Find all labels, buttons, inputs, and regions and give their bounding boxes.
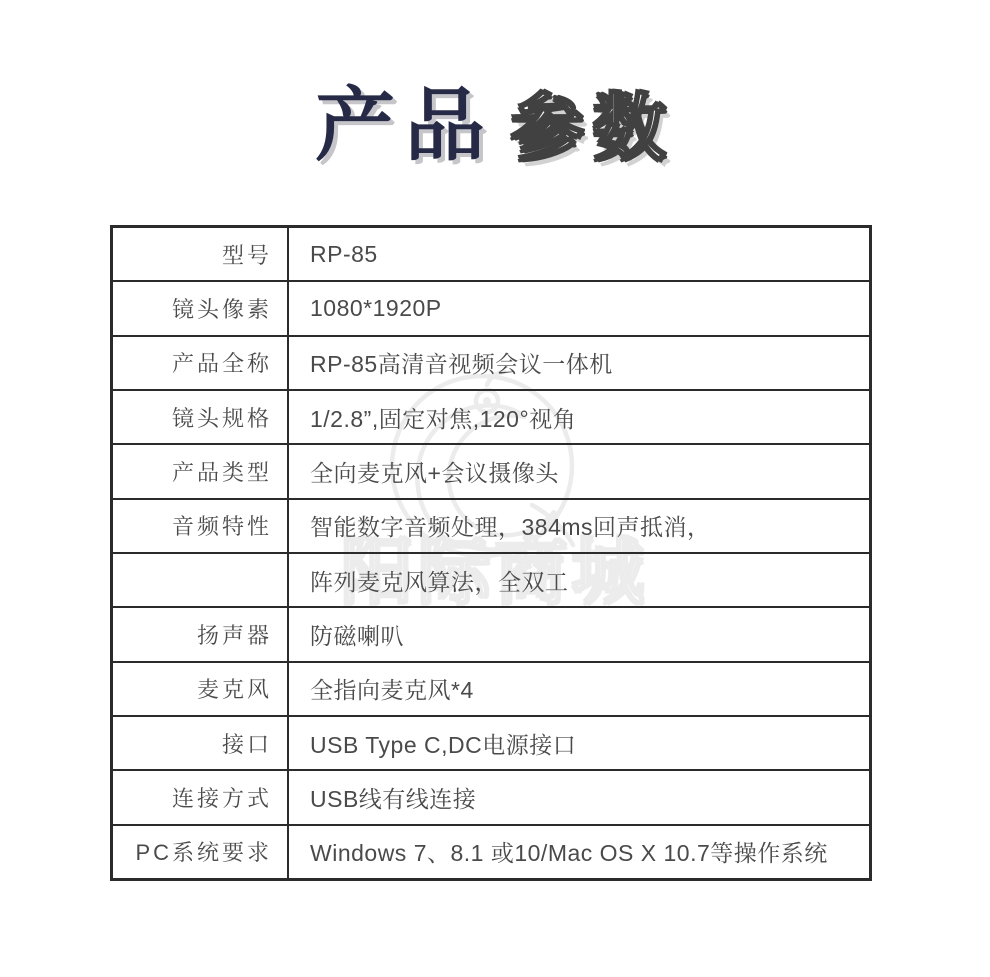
- table-row: 型号RP-85: [113, 228, 869, 280]
- spec-value: 全向麦克风+会议摄像头: [289, 445, 869, 497]
- table-row: 产品全称RP-85高清音视频会议一体机: [113, 335, 869, 389]
- spec-label: PC系统要求: [113, 826, 289, 878]
- spec-value: 1/2.8”,固定对焦,120°视角: [289, 391, 869, 443]
- spec-value: USB线有线连接: [289, 771, 869, 823]
- spec-value: 智能数字音频处理，384ms回声抵消，: [289, 500, 869, 552]
- table-row: PC系统要求Windows 7、8.1 或10/Mac OS X 10.7等操作…: [113, 824, 869, 878]
- spec-label: 型号: [113, 228, 289, 280]
- spec-value: RP-85高清音视频会议一体机: [289, 337, 869, 389]
- spec-label: 镜头规格: [113, 391, 289, 443]
- spec-table: 型号RP-85镜头像素1080*1920P产品全称RP-85高清音视频会议一体机…: [110, 225, 872, 881]
- spec-value: 全指向麦克风*4: [289, 663, 869, 715]
- table-row: 阵列麦克风算法，全双工: [113, 552, 869, 606]
- table-row: 镜头像素1080*1920P: [113, 280, 869, 334]
- spec-label: 音频特性: [113, 500, 289, 552]
- table-row: 接口USB Type C,DC电源接口: [113, 715, 869, 769]
- spec-label: 麦克风: [113, 663, 289, 715]
- table-row: 镜头规格1/2.8”,固定对焦,120°视角: [113, 389, 869, 443]
- spec-label: 镜头像素: [113, 282, 289, 334]
- table-row: 麦克风全指向麦克风*4: [113, 661, 869, 715]
- page-title: 产品参数: [0, 86, 990, 166]
- spec-value: 1080*1920P: [289, 282, 869, 334]
- table-row: 音频特性智能数字音频处理，384ms回声抵消，: [113, 498, 869, 552]
- spec-value: USB Type C,DC电源接口: [289, 717, 869, 769]
- title-outline-text: 参数: [511, 88, 675, 169]
- spec-label: 连接方式: [113, 771, 289, 823]
- table-row: 扬声器防磁喇叭: [113, 606, 869, 660]
- spec-label: 接口: [113, 717, 289, 769]
- spec-value: 阵列麦克风算法，全双工: [289, 554, 869, 606]
- spec-value: 防磁喇叭: [289, 608, 869, 660]
- table-row: 产品类型全向麦克风+会议摄像头: [113, 443, 869, 497]
- spec-value: RP-85: [289, 228, 869, 280]
- spec-label: 扬声器: [113, 608, 289, 660]
- spec-label: [113, 554, 289, 606]
- title-solid-text: 产品: [315, 81, 495, 170]
- spec-value: Windows 7、8.1 或10/Mac OS X 10.7等操作系统: [289, 826, 869, 878]
- table-row: 连接方式USB线有线连接: [113, 769, 869, 823]
- spec-label: 产品全称: [113, 337, 289, 389]
- spec-label: 产品类型: [113, 445, 289, 497]
